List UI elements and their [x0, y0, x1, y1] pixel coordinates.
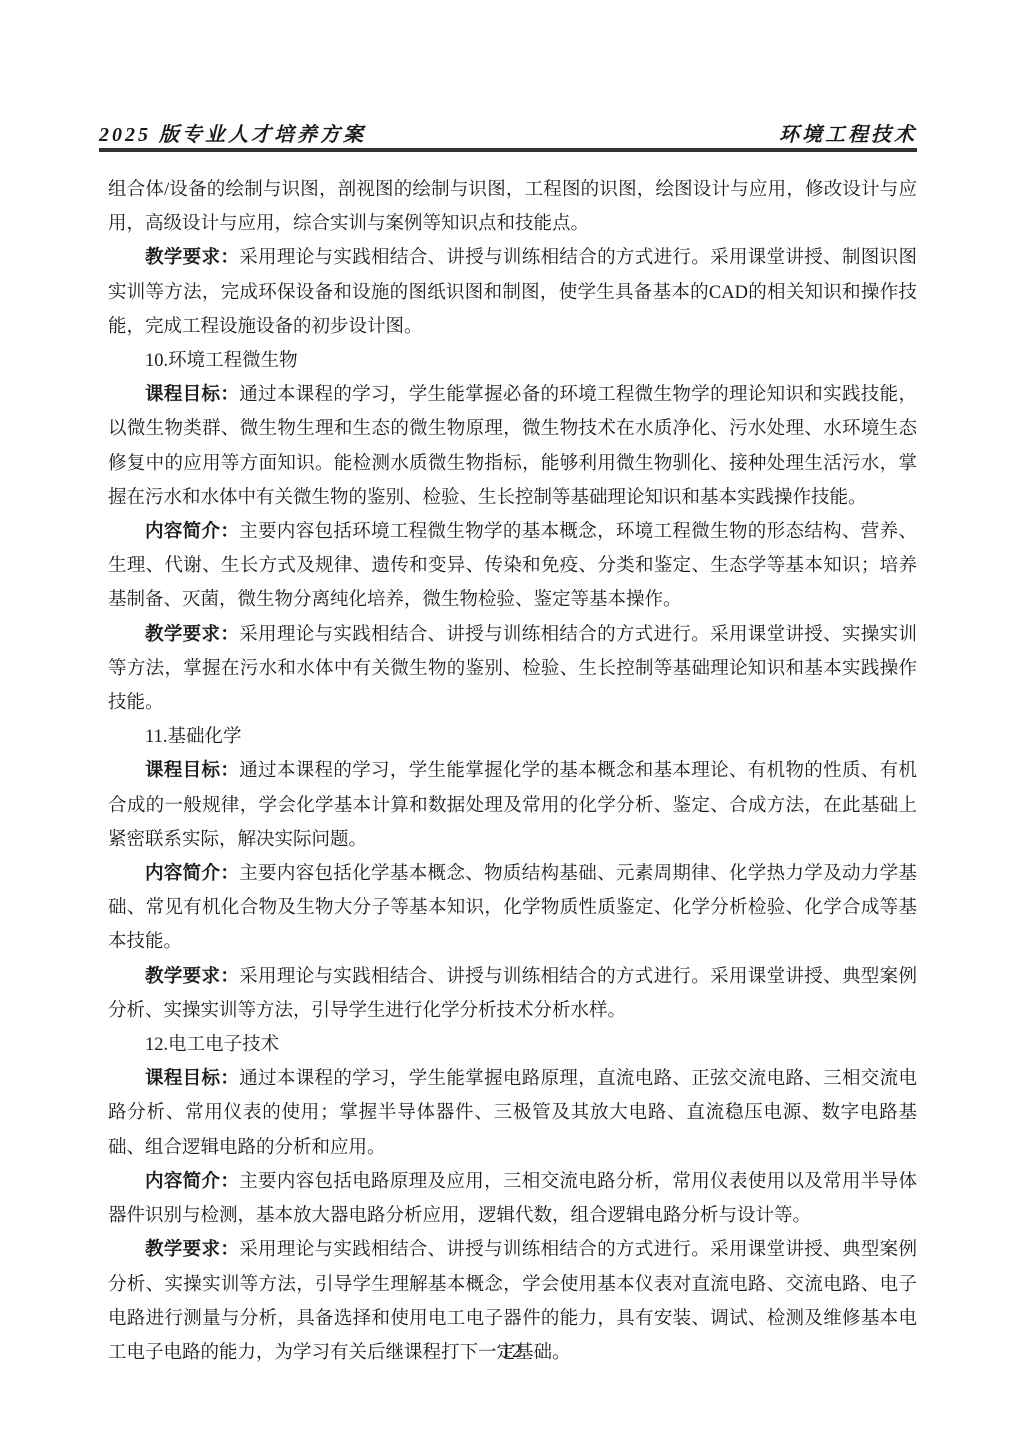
teaching-requirements-paragraph: 教学要求：采用理论与实践相结合、讲授与训练相结合的方式进行。采用课堂讲授、制图识…: [108, 241, 917, 344]
teaching-requirements-paragraph: 教学要求：采用理论与实践相结合、讲授与训练相结合的方式进行。采用课堂讲授、典型案…: [108, 960, 917, 1028]
paragraph-text: 11.基础化学: [145, 727, 241, 747]
document-body: 组合体/设备的绘制与识图，剖视图的绘制与识图，工程图的识图，绘图设计与应用，修改…: [108, 173, 917, 1370]
header-rule: [99, 148, 917, 152]
page-header: 2025 版专业人才培养方案 环境工程技术: [99, 118, 917, 147]
header-right-title: 环境工程技术: [779, 118, 917, 147]
course-goal-paragraph: 课程目标：通过本课程的学习，学生能掌握必备的环境工程微生物学的理论知识和实践技能…: [108, 378, 917, 515]
header-left-title: 2025 版专业人才培养方案: [99, 118, 366, 147]
paragraph-text: 10.环境工程微生物: [145, 351, 298, 371]
paragraph-label: 教学要求：: [145, 248, 239, 268]
course-10-title: 10.环境工程微生物: [108, 344, 917, 378]
page-number: 12: [0, 1341, 1024, 1363]
paragraph-label: 内容简介：: [145, 522, 239, 542]
paragraph-text: 组合体/设备的绘制与识图，剖视图的绘制与识图，工程图的识图，绘图设计与应用，修改…: [108, 180, 917, 234]
paragraph-label: 课程目标：: [145, 385, 239, 405]
course-goal-paragraph: 课程目标：通过本课程的学习，学生能掌握化学的基本概念和基本理论、有机物的性质、有…: [108, 754, 917, 857]
continuation-paragraph: 组合体/设备的绘制与识图，剖视图的绘制与识图，工程图的识图，绘图设计与应用，修改…: [108, 173, 917, 241]
paragraph-label: 内容简介：: [145, 864, 239, 884]
content-summary-paragraph: 内容简介：主要内容包括化学基本概念、物质结构基础、元素周期律、化学热力学及动力学…: [108, 857, 917, 960]
paragraph-label: 教学要求：: [145, 625, 239, 645]
content-summary-paragraph: 内容简介：主要内容包括电路原理及应用，三相交流电路分析，常用仪表使用以及常用半导…: [108, 1165, 917, 1233]
paragraph-label: 内容简介：: [145, 1172, 239, 1192]
paragraph-label: 教学要求：: [145, 967, 239, 987]
course-12-title: 12.电工电子技术: [108, 1028, 917, 1062]
content-summary-paragraph: 内容简介：主要内容包括环境工程微生物学的基本概念，环境工程微生物的形态结构、营养…: [108, 515, 917, 618]
course-goal-paragraph: 课程目标：通过本课程的学习，学生能掌握电路原理，直流电路、正弦交流电路、三相交流…: [108, 1062, 917, 1165]
teaching-requirements-paragraph: 教学要求：采用理论与实践相结合、讲授与训练相结合的方式进行。采用课堂讲授、实操实…: [108, 618, 917, 721]
paragraph-label: 教学要求：: [145, 1240, 239, 1260]
paragraph-text: 12.电工电子技术: [145, 1035, 279, 1055]
paragraph-label: 课程目标：: [145, 761, 239, 781]
paragraph-label: 课程目标：: [145, 1069, 239, 1089]
course-11-title: 11.基础化学: [108, 720, 917, 754]
document-page: 2025 版专业人才培养方案 环境工程技术 组合体/设备的绘制与识图，剖视图的绘…: [0, 0, 1024, 1448]
